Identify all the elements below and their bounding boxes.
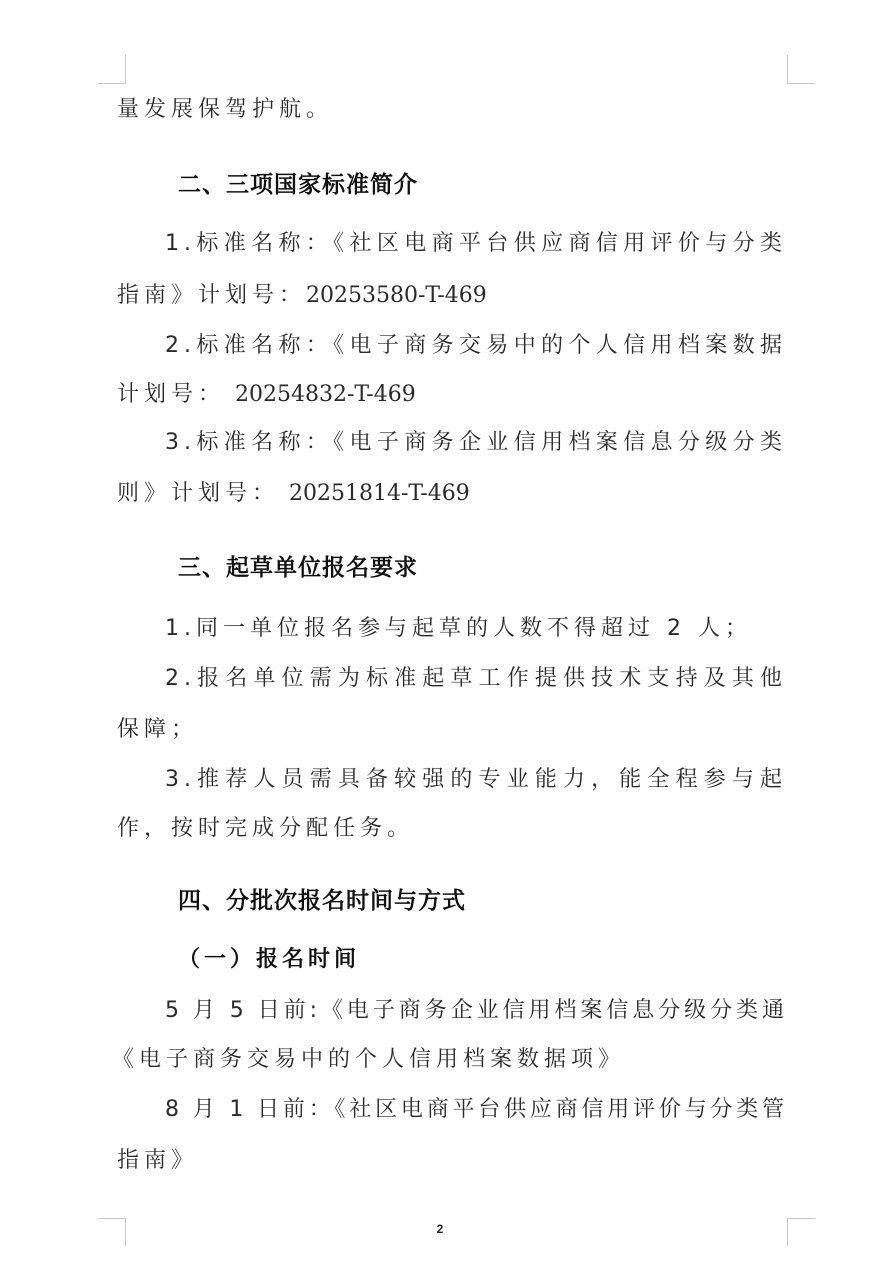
crop-mark-top-left-horizontal <box>98 83 126 84</box>
crop-mark-top-right-vertical <box>787 55 788 83</box>
document-page: 量发展保驾护航。 二、三项国家标准简介 1.标准名称：《社区电商平台供应商信用评… <box>0 0 880 1285</box>
batch-1-line-1: 5 月 5 日前:《电子商务企业信用档案信息分级分类通则》 <box>165 997 787 1025</box>
crop-mark-bottom-left-vertical <box>125 1218 126 1246</box>
standard-item-3-plan-number: 20251814-T-469 <box>289 481 470 506</box>
standard-item-1-plan-label: 指南》计划号： <box>117 283 306 308</box>
standard-item-3-line-1: 3.标准名称：《电子商务企业信用档案信息分级分类通 <box>165 429 787 457</box>
standard-item-2-plan-number: 20254832-T-469 <box>235 382 416 407</box>
standard-item-3-line-2: 则》计划号：20251814-T-469 <box>117 480 470 508</box>
section-heading-2: 二、三项国家标准简介 <box>178 171 418 199</box>
standard-item-2-plan-label: 计划号： <box>117 382 225 407</box>
section-heading-3: 三、起草单位报名要求 <box>178 554 418 582</box>
crop-mark-top-left-vertical <box>125 55 126 83</box>
page-number: 2 <box>430 1222 450 1236</box>
requirement-item-2-line-2: 保障； <box>117 716 198 744</box>
batch-2-line-1: 8 月 1 日前：《社区电商平台供应商信用评价与分类管理 <box>165 1096 787 1124</box>
crop-mark-bottom-right-horizontal <box>787 1218 815 1219</box>
requirement-item-1: 1.同一单位报名参与起草的人数不得超过 2 人； <box>165 615 752 643</box>
standard-item-1-line-1: 1.标准名称：《社区电商平台供应商信用评价与分类管理 <box>165 230 787 258</box>
requirement-item-3-line-1: 3.推荐人员需具备较强的专业能力，能全程参与起草工 <box>165 766 787 794</box>
requirement-item-3-line-2: 作，按时完成分配任务。 <box>117 815 414 843</box>
standard-item-3-plan-label: 则》计划号： <box>117 481 279 506</box>
standard-item-2-line-2: 计划号：20254832-T-469 <box>117 381 416 409</box>
standard-item-1-line-2: 指南》计划号：20253580-T-469 <box>117 282 487 310</box>
subheading-registration-time: （一）报名时间 <box>178 946 360 974</box>
crop-mark-bottom-right-vertical <box>787 1218 788 1246</box>
requirement-item-2-line-1: 2.报名单位需为标准起草工作提供技术支持及其他必要 <box>165 665 787 693</box>
section-heading-4: 四、分批次报名时间与方式 <box>178 887 466 915</box>
paragraph-intro-tail: 量发展保驾护航。 <box>117 96 333 124</box>
batch-2-line-2: 指南》 <box>117 1147 198 1175</box>
batch-1-line-2: 《电子商务交易中的个人信用档案数据项》 <box>112 1046 625 1074</box>
crop-mark-top-right-horizontal <box>787 83 815 84</box>
crop-mark-bottom-left-horizontal <box>98 1218 126 1219</box>
standard-item-2-line-1: 2.标准名称：《电子商务交易中的个人信用档案数据项》 <box>165 332 787 360</box>
standard-item-1-plan-number: 20253580-T-469 <box>306 283 487 308</box>
